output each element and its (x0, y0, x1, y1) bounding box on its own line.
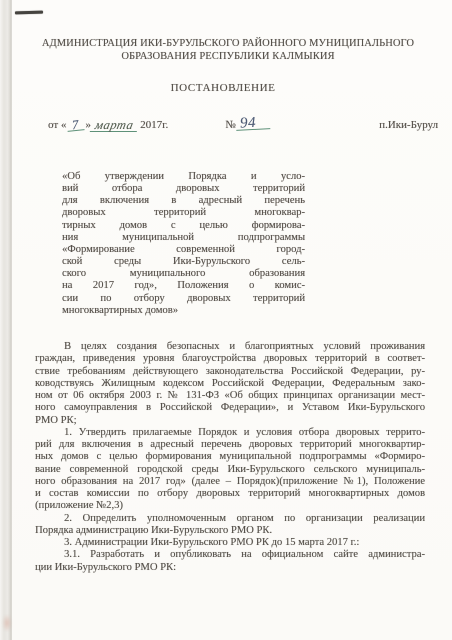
handwritten-day: 7 (67, 118, 85, 132)
text-line: ской среды Ики-Бурульского сель- (62, 256, 305, 268)
body-paragraph: 2. Определить уполномоченным органом по … (35, 513, 425, 538)
text-line: «Об утверждении Порядка и усло- (62, 171, 305, 183)
scan-edge-strip (0, 0, 11, 640)
scan-dash-mark (15, 11, 43, 15)
handwritten-month: марта (90, 120, 140, 132)
text-line: 3. Администрации Ики-Бурульского РМО РК … (35, 537, 425, 549)
text-line: на 2017 год», Положения о комис- (62, 280, 305, 292)
text-line: ствие требованиям действующего законодат… (35, 366, 425, 378)
text-line: «Формирование современной город- (62, 244, 305, 256)
text-line: 3.1. Разработать и опубликовать на офици… (35, 549, 425, 561)
body-paragraph: 3.1. Разработать и опубликовать на офици… (35, 549, 425, 574)
document-type-heading: ПОСТАНОВЛЕНИЕ (0, 82, 446, 94)
number-label: № (225, 119, 236, 131)
number-field: №94 (225, 118, 270, 131)
text-line: ных домов с целью формирования муниципал… (35, 451, 425, 463)
text-line: ского муниципального образования (62, 268, 305, 280)
text-line: ного самоуправления в Российской Федерац… (35, 402, 425, 414)
text-line: рий для включения в адресный перечень дв… (35, 439, 425, 451)
text-line: тирных домов с целью формирова- (62, 220, 305, 232)
scanned-document-page: АДМИНИСТРАЦИЯ ИКИ-БУРУЛЬСКОГО РАЙОННОГО … (0, 0, 452, 640)
text-line: ного образования на 2017 год» (далее – П… (35, 476, 425, 488)
dateline: от «7»марта2017г. №94 п.Ики-Бурул (48, 118, 438, 131)
text-line: вий отбора дворовых территорий (62, 183, 305, 195)
text-line: дворовых территорий многоквар- (62, 207, 305, 219)
organization-name-line2: ОБРАЗОВАНИЯ РЕСПУБЛИКИ КАЛМЫКИЯ (20, 50, 436, 63)
body-paragraph: В целях создания безопасных и благоприят… (35, 341, 425, 427)
date-field: от «7»марта2017г. (48, 118, 168, 131)
text-line: Порядка администрацию Ики-Бурульского РМ… (35, 525, 425, 537)
text-line: 1. Утвердить прилагаемые Порядок и услов… (35, 427, 425, 439)
document-title-block: «Об утверждении Порядка и усло-вий отбор… (62, 171, 305, 317)
text-line: для включения в адресный перечень (62, 195, 305, 207)
text-line: вание современной городской среды Ики-Бу… (35, 464, 425, 476)
text-line: граждан, приведения уровня благоустройст… (35, 353, 425, 365)
text-line: ции Ики-Бурульского РМО РК: (35, 562, 425, 574)
text-line: В целях создания безопасных и благоприят… (35, 341, 425, 353)
text-line: ном от 06 октября 2003 г. № 131-ФЗ «Об о… (35, 390, 425, 402)
text-line: ния муниципальной подпрограммы (62, 232, 305, 244)
text-line: многоквартирных домов» (62, 305, 305, 317)
place-name: п.Ики-Бурул (379, 119, 438, 131)
date-year: 2017г. (140, 119, 168, 131)
body-paragraph: 1. Утвердить прилагаемые Порядок и услов… (35, 427, 425, 513)
text-line: 2. Определить уполномоченным органом по … (35, 513, 425, 525)
text-line: ководствуясь Жилищным кодексом Российско… (35, 378, 425, 390)
handwritten-number: 94 (235, 116, 270, 131)
scan-smudge-mark (2, 614, 12, 632)
text-line: РМО РК; (35, 415, 425, 427)
body-paragraph: 3. Администрации Ики-Бурульского РМО РК … (35, 537, 425, 549)
date-prefix: от « (48, 119, 66, 131)
text-line: сии по отбору дворовых территорий (62, 293, 305, 305)
organization-name-line1: АДМИНИСТРАЦИЯ ИКИ-БУРУЛЬСКОГО РАЙОННОГО … (20, 37, 436, 50)
text-line: и состав комиссии по отбору дворовых тер… (35, 488, 425, 500)
text-line: (приложение №2,3) (35, 500, 425, 512)
document-body: В целях создания безопасных и благоприят… (35, 341, 425, 574)
organization-name: АДМИНИСТРАЦИЯ ИКИ-БУРУЛЬСКОГО РАЙОННОГО … (20, 37, 436, 63)
